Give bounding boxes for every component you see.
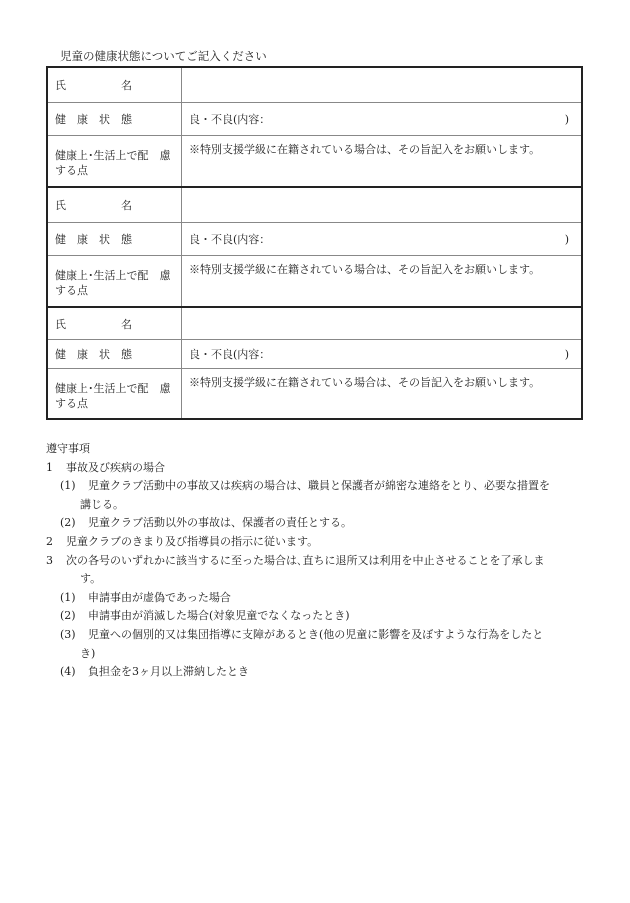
closing-paren: ) [565,348,569,361]
care-points-field[interactable]: ※特別支援学級に在籍されている場合は、その旨記入をお願いします。 [182,136,581,186]
care-points-label: 健康上･生活上で配 慮する点 [48,256,182,306]
care-points-field[interactable]: ※特別支援学級に在籍されている場合は、その旨記入をお願いします。 [182,369,581,418]
name-label: 氏 名 [48,68,182,102]
rules-title: 遵守事項 [46,440,586,459]
health-status-label: 健 康 状 態 [48,223,182,255]
care-points-label: 健康上･生活上で配 慮する点 [48,369,182,418]
name-field[interactable] [182,68,581,102]
rule-subitem: (4)負担金を3ヶ月以上滞納したとき [46,663,586,682]
closing-paren: ) [565,113,569,126]
rule-item: 3次の各号のいずれかに該当するに至った場合は､直ちに退所又は利用を中止させること… [46,552,586,571]
closing-paren: ) [565,233,569,246]
name-label: 氏 名 [48,308,182,339]
rule-item: 1事故及び疾病の場合 [46,459,586,478]
rule-continuation: 講じる。 [46,496,586,515]
health-status-field[interactable]: 良・不良(内容： ) [182,223,581,255]
rule-continuation: き) [46,645,586,664]
rule-continuation: す。 [46,570,586,589]
care-points-field[interactable]: ※特別支援学級に在籍されている場合は、その旨記入をお願いします。 [182,256,581,306]
name-field[interactable] [182,188,581,222]
compliance-rules: 遵守事項 1事故及び疾病の場合 (1)児童クラブ活動中の事故又は疾病の場合は、職… [46,440,586,682]
child-entry-2: 氏 名 健 康 状 態 良・不良(内容： ) 健康上･生活上で配 慮する点 ※特… [48,186,581,306]
rule-item: 2児童クラブのきまり及び指導員の指示に従います。 [46,533,586,552]
rule-subitem: (2)申請事由が消滅した場合(対象児童でなくなったとき) [46,607,586,626]
rule-subitem: (1)申請事由が虚偽であった場合 [46,589,586,608]
rule-subitem: (2)児童クラブ活動以外の事故は、保護者の責任とする。 [46,514,586,533]
health-status-field[interactable]: 良・不良(内容： ) [182,103,581,135]
health-status-label: 健 康 状 態 [48,340,182,368]
health-status-label: 健 康 状 態 [48,103,182,135]
child-entry-1: 氏 名 健 康 状 態 良・不良(内容： ) 健康上･生活上で配 慮する点 ※特… [48,68,581,186]
health-status-text: 良・不良(内容： [189,111,270,127]
child-entry-3: 氏 名 健 康 状 態 良・不良(内容： ) 健康上･生活上で配 慮する点 ※特… [48,306,581,418]
rule-subitem: (3)児童への個別的又は集団指導に支障があるとき(他の児童に影響を及ぼすような行… [46,626,586,645]
name-field[interactable] [182,308,581,339]
form-caption: 児童の健康状態についてご記入ください [60,48,267,64]
health-status-field[interactable]: 良・不良(内容： ) [182,340,581,368]
rule-subitem: (1)児童クラブ活動中の事故又は疾病の場合は、職員と保護者が綿密な連絡をとり、必… [46,477,586,496]
health-status-text: 良・不良(内容： [189,231,270,247]
care-note: ※特別支援学級に在籍されている場合は、その旨記入をお願いします。 [189,261,540,277]
name-label: 氏 名 [48,188,182,222]
health-status-text: 良・不良(内容： [189,346,270,362]
care-points-label: 健康上･生活上で配 慮する点 [48,136,182,186]
care-note: ※特別支援学級に在籍されている場合は、その旨記入をお願いします。 [189,141,540,157]
care-note: ※特別支援学級に在籍されている場合は、その旨記入をお願いします。 [189,374,540,390]
child-health-table: 氏 名 健 康 状 態 良・不良(内容： ) 健康上･生活上で配 慮する点 ※特… [46,66,583,420]
